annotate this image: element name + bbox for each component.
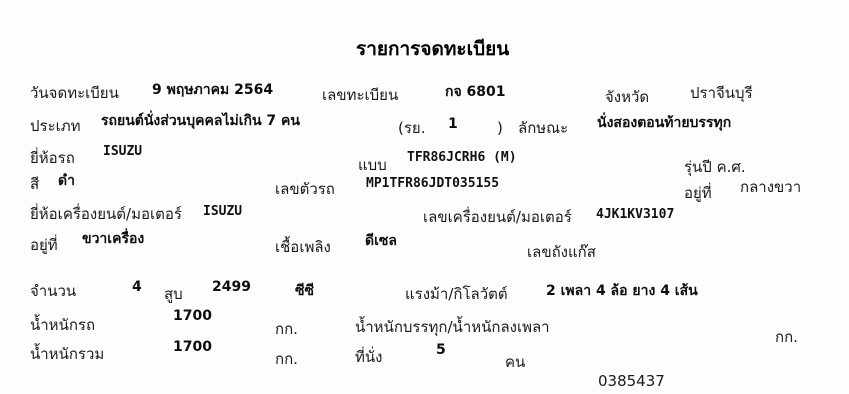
seats-value: 5 (436, 343, 446, 357)
color-label: สี (30, 177, 39, 192)
gas-tank-number-label: เลขถังแก๊ส (527, 245, 596, 260)
engine-location-label: อยู่ที่ (30, 238, 58, 253)
engine-location-value: ขวาเครื่อง (82, 232, 144, 246)
gross-weight-value: 1700 (173, 340, 212, 354)
engine-number-label: เลขเครื่องยนต์/มอเตอร์ (423, 210, 572, 225)
type-value: รถยนต์นั่งส่วนบุคคลไม่เกิน 7 คน (101, 114, 300, 128)
chassis-number-label: เลขตัวรถ (275, 182, 335, 197)
gross-weight-unit: กก. (275, 352, 298, 367)
cylinders-label: จำนวน (30, 284, 76, 299)
document-title: รายการจดทะเบียน (356, 40, 509, 59)
chassis-number-value: MP1TFR86JDT035155 (366, 177, 499, 190)
type-label: ประเภท (30, 119, 81, 134)
brand-value: ISUZU (103, 145, 142, 158)
model-label: แบบ (358, 158, 387, 173)
model-value: TFR86JCRH6 (M) (407, 151, 517, 164)
vehicle-weight-label: น้ำหนักรถ (30, 318, 95, 333)
horsepower-label: แรงม้า/กิโลวัตต์ (405, 287, 508, 302)
registration-number-value: กจ 6801 (445, 85, 506, 99)
gross-weight-label: น้ำหนักรวม (30, 347, 104, 362)
seats-label: ที่นั่ง (355, 350, 382, 365)
displacement-unit: ซีซี (295, 284, 314, 298)
model-year-label: รุ่นปี ค.ศ. (684, 160, 746, 175)
engine-brand-label: ยี่ห้อเครื่องยนต์/มอเตอร์ (30, 207, 182, 222)
brand-label: ยี่ห้อรถ (30, 151, 75, 166)
payload-weight-unit: กก. (775, 330, 798, 345)
characteristic-value: นั่งสองตอนท้ายบรรทุก (597, 116, 731, 130)
ry-label-close: ) (497, 121, 503, 136)
cylinders-unit: สูบ (164, 287, 183, 302)
seats-unit: คน (505, 355, 525, 370)
vehicle-weight-unit: กก. (275, 322, 298, 337)
fuel-label: เชื้อเพลิง (275, 240, 331, 255)
color-value: ดำ (58, 174, 75, 188)
engine-brand-value: ISUZU (203, 205, 242, 218)
serial-number: 0385437 (598, 374, 665, 389)
registration-date-value: 9 พฤษภาคม 2564 (152, 83, 273, 97)
chassis-location-value: กลางขวา (740, 180, 801, 195)
registration-document: รายการจดทะเบียน วันจดทะเบียน 9 พฤษภาคม 2… (0, 0, 849, 394)
horsepower-value: 2 เพลา 4 ล้อ ยาง 4 เส้น (546, 284, 698, 298)
cylinders-value: 4 (132, 280, 142, 294)
payload-weight-label: น้ำหนักบรรทุก/น้ำหนักลงเพลา (355, 320, 550, 335)
fuel-value: ดีเซล (365, 234, 397, 248)
ry-value: 1 (448, 117, 458, 131)
displacement-value: 2499 (212, 280, 251, 294)
province-label: จังหวัด (605, 90, 649, 105)
registration-date-label: วันจดทะเบียน (30, 86, 119, 101)
chassis-location-label: อยู่ที่ (684, 186, 712, 201)
registration-number-label: เลขทะเบียน (322, 88, 398, 103)
province-value: ปราจีนบุรี (690, 86, 753, 101)
vehicle-weight-value: 1700 (173, 309, 212, 323)
engine-number-value: 4JK1KV3107 (596, 208, 674, 221)
characteristic-label: ลักษณะ (518, 121, 568, 136)
ry-label-open: (รย. (398, 121, 425, 136)
